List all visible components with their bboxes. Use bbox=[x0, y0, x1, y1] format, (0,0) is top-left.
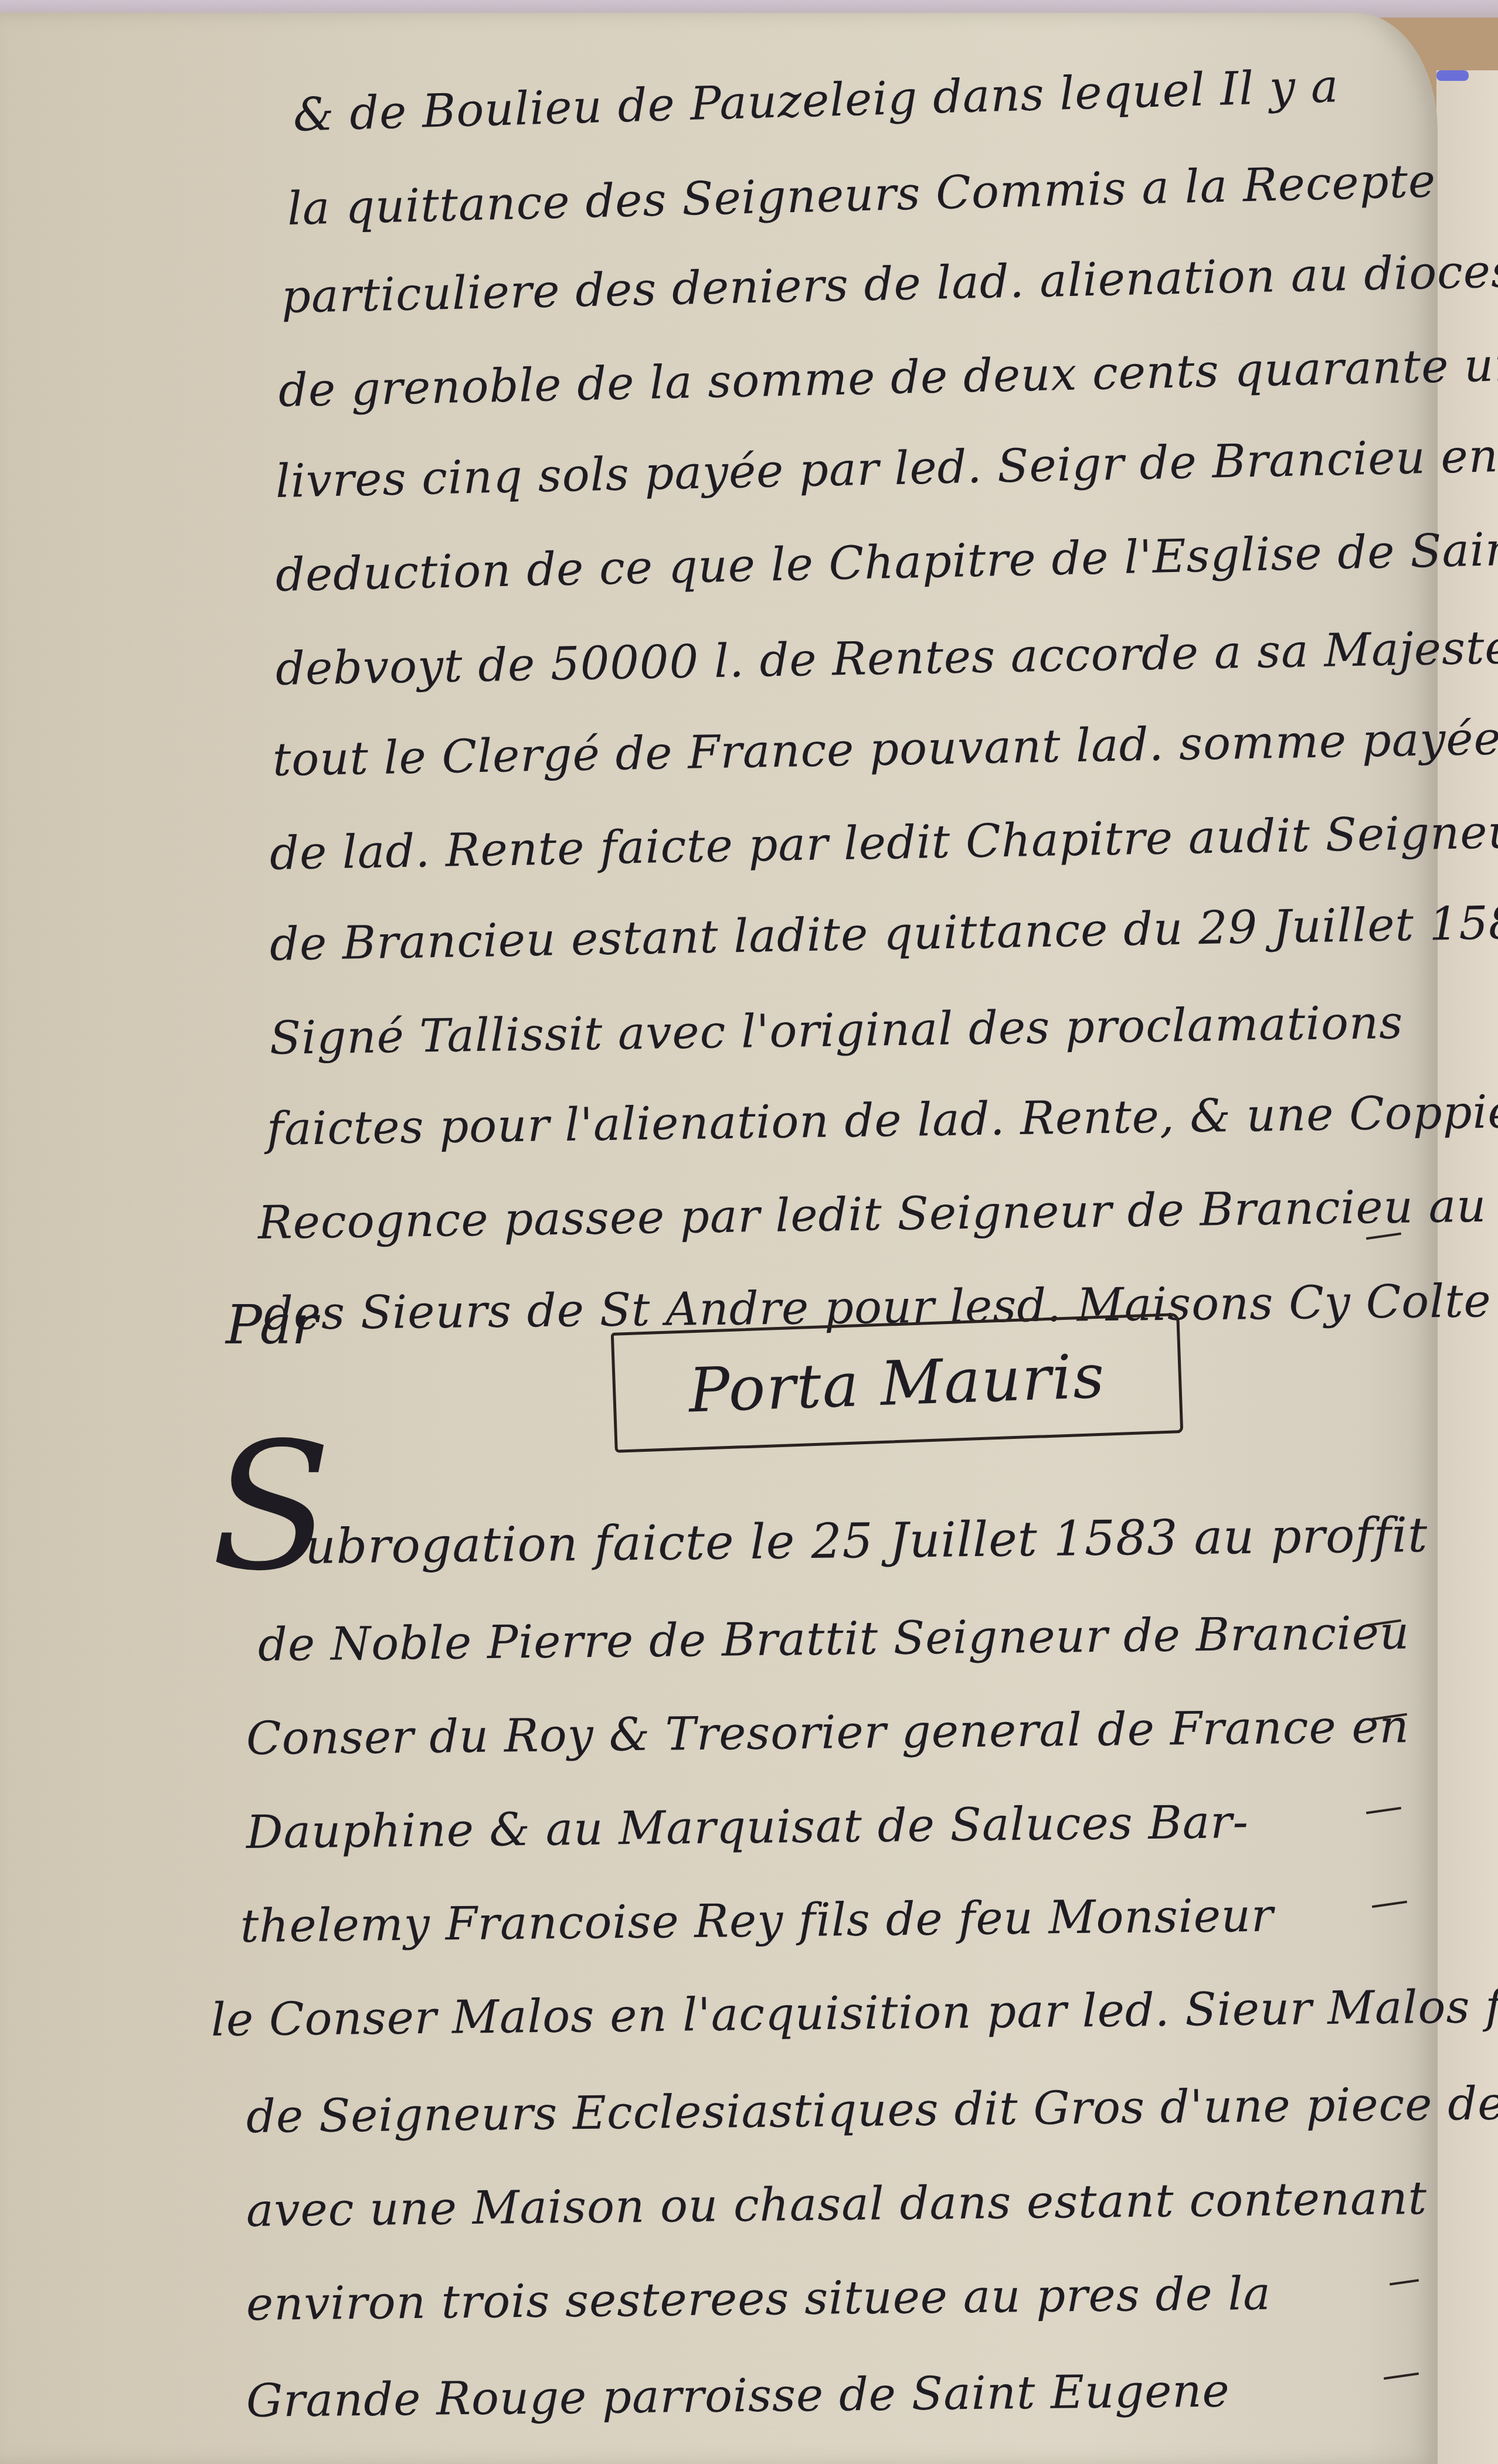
manuscript-line: Conser du Roy & Tresorier general de Fra… bbox=[246, 1700, 1410, 1765]
manuscript-line: de Brancieu estant ladite quittance du 2… bbox=[269, 896, 1498, 971]
manuscript-line: & de Boulieu de Pauzeleig dans lequel Il… bbox=[293, 60, 1340, 142]
manuscript-line: debvoyt de 50000 l. de Rentes accorde a … bbox=[275, 620, 1498, 696]
manuscript-line: deduction de ce que le Chapitre de l'Esg… bbox=[275, 519, 1498, 602]
manuscript-line: environ trois sesterees situee au pres d… bbox=[246, 2268, 1272, 2331]
manuscript-line: Dauphine & au Marquisat de Saluces Bar- bbox=[246, 1796, 1249, 1859]
line-filler-dash bbox=[1366, 1807, 1401, 1814]
heading-title: Porta Mauris bbox=[688, 1340, 1107, 1426]
manuscript-line: Recognce passee par ledit Seigneur de Br… bbox=[257, 1177, 1498, 1250]
manuscript-line: thelemy Francoise Rey fils de feu Monsie… bbox=[240, 1890, 1274, 1953]
line-filler-dash bbox=[1390, 2279, 1419, 2286]
manuscript-line: livres cinq sols payée par led. Seigr de… bbox=[275, 430, 1498, 508]
manuscript-line: faictes pour l'alienation de lad. Rente,… bbox=[266, 1085, 1498, 1156]
manuscript-page: & de Boulieu de Pauzeleig dans lequel Il… bbox=[0, 13, 1438, 2464]
line-filler-dash bbox=[1372, 1901, 1407, 1908]
manuscript-line: de grenoble de la somme de deux cents qu… bbox=[278, 338, 1498, 417]
manuscript-line: la quittance des Seigneurs Commis a la R… bbox=[287, 155, 1436, 236]
manuscript-line: tout le Clergé de France pouvant lad. so… bbox=[272, 712, 1498, 787]
manuscript-line: avec une Maison ou chasal dans estant co… bbox=[246, 2172, 1428, 2237]
line-filler-dash bbox=[1384, 2373, 1419, 2380]
manuscript-line: ubrogation faicte le 25 Juillet 1583 au … bbox=[305, 1507, 1428, 1575]
boxed-heading: Porta Mauris bbox=[611, 1313, 1184, 1453]
manuscript-line: de Seigneurs Ecclesiastiques dit Gros d'… bbox=[246, 2076, 1498, 2143]
manuscript-line: Grande Rouge parroisse de Saint Eugene bbox=[246, 2364, 1231, 2428]
closing-word: Par bbox=[226, 1294, 318, 1356]
manuscript-line: Signé Tallissit avec l'original des proc… bbox=[269, 996, 1403, 1065]
manuscript-line: de lad. Rente faicte par ledit Chapitre … bbox=[269, 805, 1498, 880]
bookmark-tab bbox=[1436, 70, 1469, 81]
manuscript-line: le Conser Malos en l'acquisition par led… bbox=[211, 1979, 1498, 2047]
manuscript-line: de Noble Pierre de Brattit Seigneur de B… bbox=[258, 1607, 1410, 1672]
manuscript-line: particuliere des deniers de lad. alienat… bbox=[281, 244, 1498, 324]
